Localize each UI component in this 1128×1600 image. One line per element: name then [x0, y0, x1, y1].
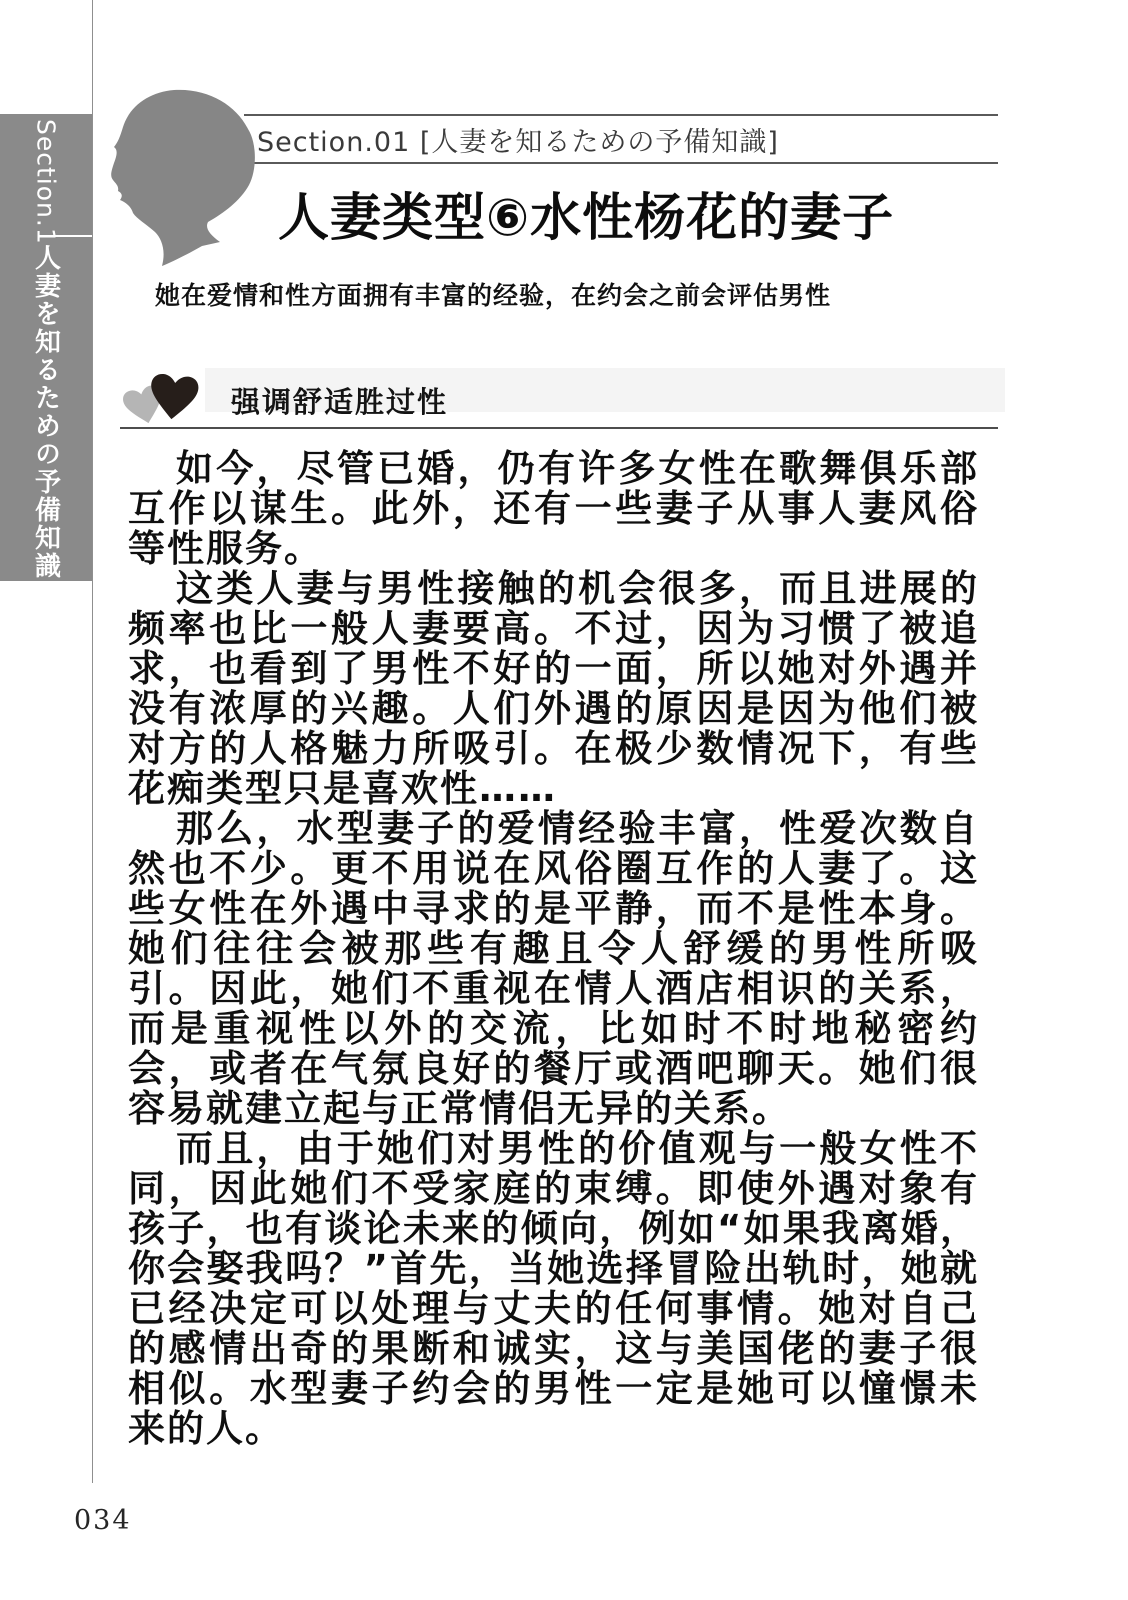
sidebar-section-number-wrap: Section.1 — [0, 120, 92, 244]
dark-heart-icon — [148, 373, 200, 422]
sidebar-series-title-wrap: 人妻を知るための予備知識 — [0, 244, 92, 581]
paragraph-1: 如今，尽管已婚，仍有许多女性在歌舞俱乐部互作以谋生。此外，还有一些妻子从事人妻风… — [128, 449, 979, 569]
paragraph-4: 而且，由于她们对男性的价值观与一般女性不同，因此她们不受家庭的束缚。即使外遇对象… — [128, 1129, 979, 1449]
section-band-top-rule — [244, 114, 998, 116]
sidebar-divider — [42, 235, 92, 237]
paragraph-2: 这类人妻与男性接触的机会很多，而且进展的频率也比一般人妻要高。不过，因为习惯了被… — [128, 569, 979, 809]
book-page: Section.1 人妻を知るための予備知識 Section.01 [人妻を知る… — [0, 0, 1128, 1600]
woman-profile-silhouette-path — [111, 90, 255, 266]
sidebar-section-number: Section.1 — [32, 119, 61, 245]
double-hearts-icon — [122, 372, 200, 430]
body-text: 如今，尽管已婚，仍有许多女性在歌舞俱乐部互作以谋生。此外，还有一些妻子从事人妻风… — [128, 449, 979, 1449]
sub-heading: 强调舒适胜过性 — [231, 380, 448, 421]
page-subtitle: 她在爱情和性方面拥有丰富的经验，在约会之前会评估男性 — [155, 276, 831, 312]
section-sidebar: Section.1 人妻を知るための予備知識 — [0, 114, 92, 581]
section-band-bottom-rule — [244, 162, 998, 164]
woman-profile-silhouette-icon — [110, 85, 262, 270]
page-number: 034 — [74, 1505, 132, 1536]
heading-underline — [120, 427, 998, 429]
section-caption: Section.01 [人妻を知るための予備知識] — [257, 120, 997, 159]
sidebar-series-title: 人妻を知るための予備知識 — [28, 244, 65, 580]
paragraph-3: 那么，水型妻子的爱情经验丰富，性爱次数自然也不少。更不用说在风俗圈互作的人妻了。… — [128, 809, 979, 1129]
margin-rule — [92, 0, 93, 1483]
page-title: 人妻类型⑥水性杨花的妻子 — [278, 176, 894, 250]
